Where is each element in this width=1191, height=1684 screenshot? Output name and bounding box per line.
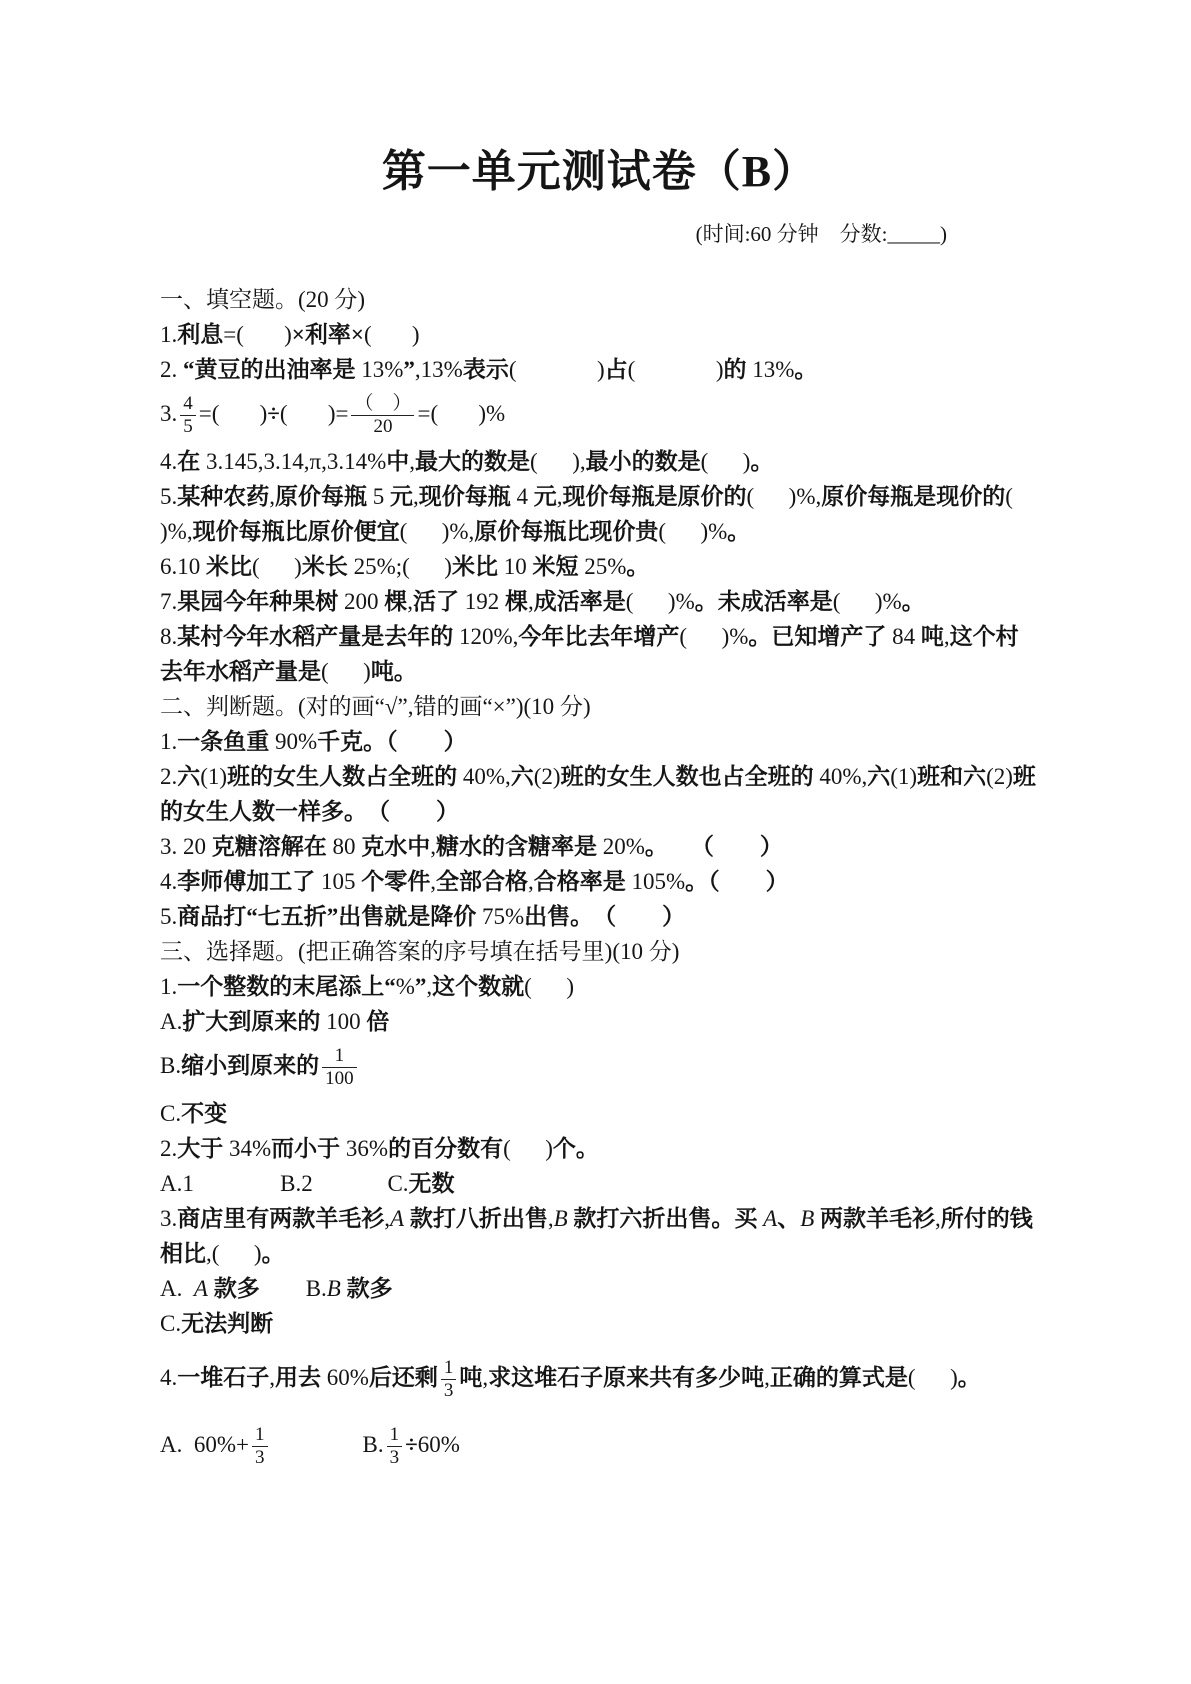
text-run: 对的画“√”	[306, 694, 408, 719]
text-run: 克水中	[361, 834, 430, 859]
text-run: C.	[160, 1311, 181, 1336]
text-run: 缩小到原来的	[181, 1053, 319, 1078]
text-run: =( )	[223, 322, 292, 347]
text-run: 六	[511, 764, 534, 789]
fraction: 1100	[322, 1045, 357, 1090]
text-run: 今年比去年增产	[518, 624, 679, 649]
text-run: 60%	[321, 1365, 369, 1390]
text-run: 5.	[160, 484, 177, 509]
text-run: 60%	[418, 1432, 460, 1457]
text-run: 3.	[160, 1206, 177, 1231]
text-run: :60	[745, 222, 777, 246]
text-run: 3. 20	[160, 834, 212, 859]
text-run: 36%	[340, 1136, 388, 1161]
text-run: ( )	[509, 357, 605, 382]
text-run: (1)	[200, 764, 227, 789]
text-run: ,( )	[206, 1241, 262, 1266]
s1-q6: 6.10 米比( )米长 25%;( )米比 10 米短 25%。	[160, 549, 1039, 584]
text-run: ( )%	[626, 589, 695, 614]
test-paper-page: 第一单元测试卷（B） (时间:60 分钟 分数:_____)一、填空题。(20 …	[0, 0, 1191, 1684]
text-run: ÷	[267, 401, 280, 426]
s1-q4: 4.在 3.145,3.14,π,3.14%中,最大的数是( ),最小的数是( …	[160, 444, 1039, 479]
s2-q4: 4.李师傅加工了 105 个零件,全部合格,合格率是 105%。（ ）	[160, 864, 1039, 899]
s3-q3: 3.商店里有两款羊毛衫,A 款打八折出售,B 款打六折出售。买 A、B 两款羊毛…	[160, 1201, 1039, 1271]
text-run: 34%	[223, 1136, 271, 1161]
text-run: 中	[386, 449, 409, 474]
text-run: C.	[160, 1101, 181, 1126]
text-run: 现价每瓶是原价的	[563, 484, 747, 509]
text-run: 吨	[921, 624, 944, 649]
text-run: 5	[367, 484, 390, 509]
text-run: 无数	[409, 1171, 455, 1196]
text-run: 千克。（ ）	[317, 729, 467, 754]
s3-q2: 2.大于 34%而小于 36%的百分数有( )个。	[160, 1131, 1039, 1166]
text-run: 。	[262, 1241, 285, 1266]
text-run: 三、选择题。	[160, 939, 298, 964]
text-run: A	[390, 1206, 404, 1231]
fraction-numerator: 1	[322, 1045, 357, 1068]
text-run: =( )%	[417, 401, 505, 426]
s3-q1: 1.一个整数的末尾添上“%”,这个数就( )	[160, 969, 1039, 1004]
text-run: 无法判断	[181, 1311, 273, 1336]
text-run: )(10	[605, 939, 649, 964]
text-run: 5.	[160, 904, 177, 929]
text-run: 200	[338, 589, 384, 614]
fraction-denominator: 3	[441, 1380, 457, 1402]
text-run: ( )	[628, 357, 724, 382]
text-run: 分	[649, 939, 672, 964]
text-run: 一堆石子	[177, 1365, 269, 1390]
text-run: ( )	[364, 322, 420, 347]
text-run: “黄豆的出油率是	[183, 357, 356, 382]
section2-header: 二、判断题。(对的画“√”,错的画“×”)(10 分)	[160, 689, 1039, 724]
text-run: 利息	[177, 322, 223, 347]
text-run: (1)	[890, 764, 917, 789]
text-run: 105%	[626, 869, 685, 894]
text-run: ( )%	[833, 589, 902, 614]
fraction-denominator: 3	[252, 1447, 268, 1469]
fraction: 45	[180, 393, 196, 438]
text-run: 表示	[463, 357, 509, 382]
fraction: 13	[387, 1424, 403, 1469]
document-body: (时间:60 分钟 分数:_____)一、填空题。(20 分)1.利息=( )×…	[160, 217, 1039, 1469]
text-run: 4	[511, 484, 534, 509]
fraction-numerator: 1	[387, 1424, 403, 1447]
text-run: 商店里有两款羊毛衫	[177, 1206, 384, 1231]
s3-q2-options: A.1 B.2 C.无数	[160, 1166, 1039, 1201]
text-run: 正确的算式是	[770, 1365, 908, 1390]
s3-q4: 4.一堆石子,用去 60%后还剩13吨,求这堆石子原来共有多少吨,正确的算式是(…	[160, 1357, 1039, 1402]
section1-header: 一、填空题。(20 分)	[160, 282, 1039, 317]
text-run: ÷	[405, 1432, 418, 1457]
text-run: 原价每瓶是现价的	[821, 484, 1005, 509]
fraction-numerator: （ ）	[351, 393, 414, 416]
text-run: ( )	[503, 1136, 553, 1161]
text-run: ( )%,	[400, 519, 475, 544]
s1-q3: 3.45=( )÷( )=（ ）20=( )%	[160, 393, 1039, 438]
text-run: 100	[320, 1009, 366, 1034]
text-run: 一个整数的末尾添上“	[177, 974, 396, 999]
text-run: 大于	[177, 1136, 223, 1161]
text-run: A.	[160, 1276, 194, 1301]
s3-q3-options-ab: A. A 款多 B.B 款多	[160, 1271, 1039, 1306]
text-run: 米短	[532, 554, 578, 579]
text-run: B	[327, 1276, 341, 1301]
text-run: 7.	[160, 589, 177, 614]
text-run: 20%	[597, 834, 645, 859]
text-run: 元	[390, 484, 413, 509]
text-run: 、	[777, 1206, 800, 1231]
text-run: 现价每瓶	[419, 484, 511, 509]
text-run: (	[298, 939, 306, 964]
text-run: 75%	[476, 904, 524, 929]
text-run: 分	[334, 287, 357, 312]
text-run: 六	[177, 764, 200, 789]
text-run: B.	[271, 1432, 384, 1457]
fraction: 13	[441, 1357, 457, 1402]
text-run: 糖水的含糖率是	[436, 834, 597, 859]
text-run: A.1 B.2 C.	[160, 1171, 409, 1196]
text-run: 192	[459, 589, 505, 614]
s2-q3: 3. 20 克糖溶解在 80 克水中,糖水的含糖率是 20%。 （ ）	[160, 829, 1039, 864]
text-run: 六	[867, 764, 890, 789]
text-run: 一、填空题。	[160, 287, 298, 312]
text-run: 3.	[160, 401, 177, 426]
text-run: 25%;( )	[348, 554, 452, 579]
s1-q7: 7.果园今年种果树 200 棵,活了 192 棵,成活率是( )%。未成活率是(…	[160, 584, 1039, 619]
text-run: ( )	[252, 554, 302, 579]
text-run: 班的女生人数占全班的	[227, 764, 457, 789]
text-run: 一条鱼重	[177, 729, 269, 754]
text-run: 米长	[302, 554, 348, 579]
text-run: (	[696, 222, 703, 246]
text-run: 两款羊毛衫	[820, 1206, 935, 1231]
text-run: 李师傅加工了	[177, 869, 315, 894]
text-run: 款打八折出售	[410, 1206, 548, 1231]
text-run: 原价每瓶	[275, 484, 367, 509]
text-run: 这个数就	[432, 974, 524, 999]
s3-q1-option-a: A.扩大到原来的 100 倍	[160, 1004, 1039, 1039]
text-run: 4.	[160, 1365, 177, 1390]
text-run: ( )	[321, 659, 371, 684]
text-run: 。	[727, 519, 750, 544]
text-run: 。（ ）	[685, 869, 789, 894]
fraction-denominator: 100	[322, 1068, 357, 1090]
text-run: 果园今年种果树	[177, 589, 338, 614]
text-run: ( )	[524, 974, 574, 999]
text-run: )(10	[516, 694, 560, 719]
text-run: 。	[958, 1365, 981, 1390]
text-run: 款打六折出售。买	[573, 1206, 757, 1231]
text-run: 。 （ ）	[645, 834, 783, 859]
s1-q5: 5.某种农药,原价每瓶 5 元,现价每瓶 4 元,现价每瓶是原价的( )%,原价…	[160, 479, 1039, 549]
text-run: 2.	[160, 764, 177, 789]
text-run: 元	[534, 484, 557, 509]
fraction: （ ）20	[351, 393, 414, 438]
text-run: ( )%	[658, 519, 727, 544]
text-run: 把正确答案的序号填在括号里	[306, 939, 605, 964]
fraction-denominator: 5	[180, 416, 196, 438]
text-run: 占	[605, 357, 628, 382]
text-run: 120%,	[453, 624, 518, 649]
fraction-denominator: 20	[351, 416, 414, 438]
text-run: 。	[794, 357, 817, 382]
fraction-denominator: 3	[387, 1447, 403, 1469]
s1-q1: 1.利息=( )×利率×( )	[160, 317, 1039, 352]
text-run: 4.	[160, 449, 177, 474]
text-run: 4.	[160, 869, 177, 894]
text-run: ( )%,	[747, 484, 822, 509]
s2-q1: 1.一条鱼重 90%千克。（ ）	[160, 724, 1039, 759]
text-run: 最小的数是	[586, 449, 701, 474]
text-run: 8.	[160, 624, 177, 649]
text-run: 成活率是	[534, 589, 626, 614]
text-run: )	[583, 694, 591, 719]
s3-q1-option-c: C.不变	[160, 1096, 1039, 1131]
text-run: 最大的数是	[415, 449, 530, 474]
text-run: 时间	[703, 222, 745, 246]
text-run: 90%	[269, 729, 317, 754]
text-run: 3.145,3.14,π,3.14%	[200, 449, 386, 474]
text-run: :_____)	[882, 222, 947, 246]
text-run: B.	[260, 1276, 327, 1301]
text-run: 40%,	[814, 764, 868, 789]
text-run: B	[800, 1206, 814, 1231]
text-run: A	[763, 1206, 777, 1231]
s2-q5: 5.商品打“七五折”出售就是降价 75%出售。 （ ）	[160, 899, 1039, 934]
text-run: 40%,	[457, 764, 511, 789]
text-run: 棵	[505, 589, 528, 614]
fraction-numerator: 4	[180, 393, 196, 416]
text-run: ( )%	[679, 624, 748, 649]
text-run: 棵	[384, 589, 407, 614]
text-run: 扩大到原来的	[182, 1009, 320, 1034]
text-run: 个零件	[361, 869, 430, 894]
text-run: 分	[560, 694, 583, 719]
text-run: )	[357, 287, 365, 312]
text-run: 13%	[356, 357, 404, 382]
s1-q8: 8.某村今年水稻产量是去年的 120%,今年比去年增产( )%。已知增产了 84…	[160, 619, 1039, 689]
text-run: 的百分数有	[388, 1136, 503, 1161]
text-run: A.	[160, 1009, 182, 1034]
s3-q3-option-c: C.无法判断	[160, 1306, 1039, 1341]
text-run: 款多	[347, 1276, 393, 1301]
text-run: 25%	[578, 554, 626, 579]
section3-header: 三、选择题。(把正确答案的序号填在括号里)(10 分)	[160, 934, 1039, 969]
text-run: 10	[498, 554, 533, 579]
text-run: A	[194, 1276, 208, 1301]
text-run: ”	[415, 974, 427, 999]
text-run: ( )	[701, 449, 751, 474]
text-run: 班和六	[917, 764, 986, 789]
text-run: 原价每瓶比现价贵	[474, 519, 658, 544]
page-title: 第一单元测试卷（B）	[160, 143, 1039, 201]
fraction: 13	[252, 1424, 268, 1469]
text-run: 分钟 分数	[777, 222, 882, 246]
s3-q1-option-b: B.缩小到原来的1100	[160, 1045, 1039, 1090]
text-run: 款多	[214, 1276, 260, 1301]
text-run: 吨	[459, 1365, 482, 1390]
text-run: 不变	[181, 1101, 227, 1126]
fraction-numerator: 1	[252, 1424, 268, 1447]
text-run: 。	[902, 589, 925, 614]
text-run: )	[672, 939, 680, 964]
text-run: 班的女生人数也占全班的	[561, 764, 814, 789]
text-run: 某种农药	[177, 484, 269, 509]
text-run: 后还剩	[369, 1365, 438, 1390]
text-run: 的	[724, 357, 747, 382]
text-run: ”	[403, 357, 415, 382]
text-run: ( )=	[280, 401, 349, 426]
text-run: 全部合格	[436, 869, 528, 894]
text-run: 合格率是	[534, 869, 626, 894]
fraction-numerator: 1	[441, 1357, 457, 1380]
text-run: ( )	[908, 1365, 958, 1390]
s3-q4-options: A. 60%+13 B.13÷60%	[160, 1424, 1039, 1469]
text-run: A. 60%+	[160, 1432, 249, 1457]
text-run: ,13%	[415, 357, 463, 382]
text-run: 个。	[553, 1136, 599, 1161]
text-run: 错的画“×”	[413, 694, 515, 719]
text-run: 求这堆石子原来共有多少吨	[488, 1365, 764, 1390]
text-run: 。已知增产了	[748, 624, 886, 649]
text-run: (	[298, 694, 306, 719]
text-run: 米比	[452, 554, 498, 579]
text-run: 二、判断题。	[160, 694, 298, 719]
text-run: ×利率×	[292, 322, 364, 347]
text-run: 吨。	[371, 659, 417, 684]
s2-q2: 2.六(1)班的女生人数占全班的 40%,六(2)班的女生人数也占全班的 40%…	[160, 759, 1039, 829]
text-run: (20	[298, 287, 334, 312]
time-score-line: (时间:60 分钟 分数:_____)	[160, 217, 1039, 252]
text-run: 而小于	[271, 1136, 340, 1161]
text-run: 在	[177, 449, 200, 474]
text-run: 。	[626, 554, 649, 579]
text-run: 现价每瓶比原价便宜	[193, 519, 400, 544]
text-run: 1.	[160, 729, 177, 754]
text-run: 105	[315, 869, 361, 894]
text-run: B	[554, 1206, 568, 1231]
s1-q2: 2. “黄豆的出油率是 13%”,13%表示( )占( )的 13%。	[160, 352, 1039, 387]
text-run: 商品打“七五折”出售就是降价	[177, 904, 476, 929]
text-run: 。未成活率是	[695, 589, 833, 614]
text-run: 2.	[160, 1136, 177, 1161]
text-run: 1.	[160, 322, 177, 347]
text-run: (2)	[986, 764, 1013, 789]
text-run: B.	[160, 1053, 181, 1078]
text-run: %	[396, 974, 415, 999]
text-run: 克糖溶解在	[212, 834, 327, 859]
text-run: 1.	[160, 974, 177, 999]
text-run: (2)	[534, 764, 561, 789]
text-run: 6.10	[160, 554, 206, 579]
text-run: 米比	[206, 554, 252, 579]
text-run: 。	[750, 449, 773, 474]
text-run: 出售。 （ ）	[524, 904, 685, 929]
text-run: 用去	[275, 1365, 321, 1390]
text-run: 活了	[413, 589, 459, 614]
text-run: =( )	[199, 401, 268, 426]
text-run: 80	[327, 834, 362, 859]
text-run: ( ),	[530, 449, 586, 474]
text-run: 84	[886, 624, 921, 649]
text-run: 13%	[747, 357, 795, 382]
text-run: 某村今年水稻产量是去年的	[177, 624, 453, 649]
text-run: 倍	[366, 1009, 389, 1034]
text-run: 2.	[160, 357, 183, 382]
